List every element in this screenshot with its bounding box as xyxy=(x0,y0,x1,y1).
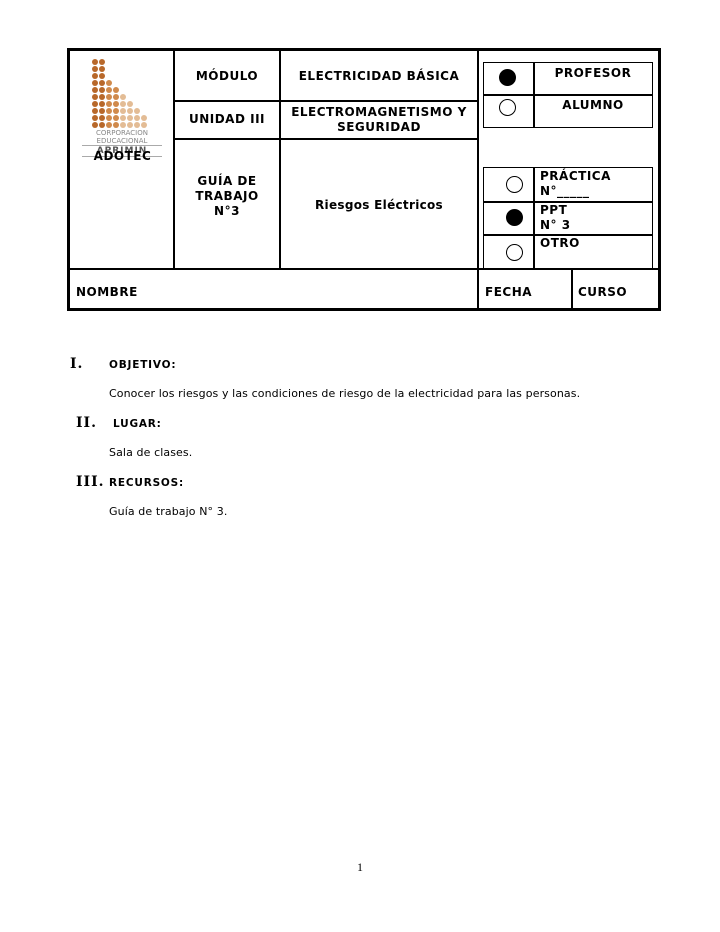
guia-label-line3: N°3 xyxy=(175,204,279,219)
otro-radio[interactable] xyxy=(506,244,523,261)
org-name: ADOTEC xyxy=(70,149,175,163)
type-box: PRÁCTICA N°_____ PPT N° 3 OTRO xyxy=(483,167,653,270)
ppt-label-line1: PPT xyxy=(540,203,571,218)
unidad-label: UNIDAD III xyxy=(175,112,279,127)
alumno-label: ALUMNO xyxy=(534,98,652,113)
divider xyxy=(533,168,535,269)
logo-line2: EDUCACIONAL xyxy=(82,137,162,145)
ppt-label: PPT N° 3 xyxy=(540,203,571,233)
practica-radio[interactable] xyxy=(506,176,523,193)
logo-line1: CORPORACION xyxy=(82,129,162,137)
fecha-field[interactable]: FECHA xyxy=(485,285,532,300)
section-number: III. xyxy=(76,474,105,490)
page-number: 1 xyxy=(0,860,720,875)
divider xyxy=(571,270,573,308)
profesor-label: PROFESOR xyxy=(534,66,652,81)
section-number: I. xyxy=(70,356,83,372)
practica-label-line1: PRÁCTICA xyxy=(540,169,611,184)
section-body-lugar: Sala de clases. xyxy=(109,446,192,459)
guia-value: Riesgos Eléctricos xyxy=(281,198,477,213)
otro-label-line1: OTRO xyxy=(540,236,580,251)
nombre-field[interactable]: NOMBRE xyxy=(76,285,138,300)
unidad-value-line2: SEGURIDAD xyxy=(281,120,477,135)
section-title-lugar: LUGAR: xyxy=(113,418,162,430)
guia-label: GUÍA DE TRABAJO N°3 xyxy=(175,174,279,219)
profesor-radio[interactable] xyxy=(499,69,516,86)
divider xyxy=(484,94,652,96)
alumno-radio[interactable] xyxy=(499,99,516,116)
ppt-radio[interactable] xyxy=(506,209,523,226)
practica-number-field[interactable]: N°_____ xyxy=(540,184,611,199)
practica-label: PRÁCTICA N°_____ xyxy=(540,169,611,199)
modulo-value: ELECTRICIDAD BÁSICA xyxy=(281,69,477,84)
curso-field[interactable]: CURSO xyxy=(578,285,627,300)
section-title-recursos: RECURSOS: xyxy=(109,477,184,489)
section-body-recursos: Guía de trabajo N° 3. xyxy=(109,505,227,518)
divider xyxy=(173,100,479,102)
modulo-label: MÓDULO xyxy=(175,69,279,84)
section-body-objetivo: Conocer los riesgos y las condiciones de… xyxy=(109,387,580,400)
guia-label-line2: TRABAJO xyxy=(175,189,279,204)
audience-box: PROFESOR ALUMNO xyxy=(483,62,653,128)
divider xyxy=(173,138,479,140)
ppt-label-line2: N° 3 xyxy=(540,218,571,233)
unidad-value-line1: ELECTROMAGNETISMO Y xyxy=(281,105,477,120)
otro-label: OTRO xyxy=(540,236,580,251)
header-table: CORPORACION EDUCACIONAL APRIMIN ADOTEC M… xyxy=(67,48,661,311)
guia-label-line1: GUÍA DE xyxy=(175,174,279,189)
logo: CORPORACION EDUCACIONAL APRIMIN xyxy=(82,59,162,157)
section-title-objetivo: OBJETIVO: xyxy=(109,359,176,371)
section-number: II. xyxy=(76,415,97,431)
logo-mark-icon xyxy=(92,59,156,129)
unidad-value: ELECTROMAGNETISMO Y SEGURIDAD xyxy=(281,105,477,135)
unidad-label-text: UNIDAD III xyxy=(189,112,265,126)
